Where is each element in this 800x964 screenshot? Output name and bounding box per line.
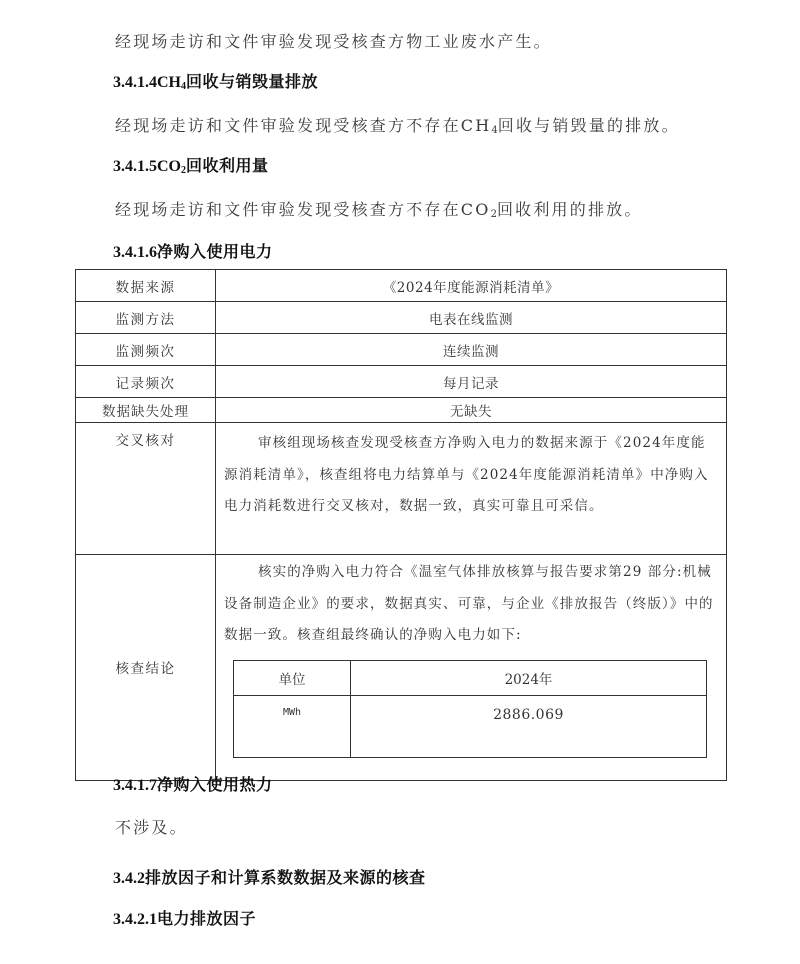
row-label: 核查结论 xyxy=(76,555,216,781)
row-label: 监测方法 xyxy=(76,302,216,334)
heading-text: 回收与销毁量排放 xyxy=(186,72,318,91)
table-row: 数据缺失处理 无缺失 xyxy=(76,398,727,423)
row-label: 数据来源 xyxy=(76,270,216,302)
heading-3-4-1-5: 3.4.1.5CO2回收利用量 xyxy=(113,156,269,181)
heading-number: 3.4.1.5CO xyxy=(113,158,181,175)
paragraph-ch4: 经现场走访和文件审验发现受核查方不存在CH4回收与销毁量的排放。 xyxy=(115,116,680,141)
paragraph-wastewater: 经现场走访和文件审验发现受核查方物工业废水产生。 xyxy=(115,32,552,52)
row-value: 连续监测 xyxy=(216,334,727,366)
text: 回收与销毁量的排放。 xyxy=(498,116,680,135)
unit-value: MWh xyxy=(234,695,351,757)
table-row: 监测频次 连续监测 xyxy=(76,334,727,366)
row-value: 每月记录 xyxy=(216,366,727,398)
heading-number: 3.4.1.6 xyxy=(113,244,157,261)
table-row-conclusion: 核查结论 核实的净购入电力符合《温室气体排放核算与报告要求第29 部分:机械设备… xyxy=(76,555,727,781)
paragraph-not-applicable: 不涉及。 xyxy=(115,818,188,838)
cross-check-text: 审核组现场核查发现受核查方净购入电力的数据来源于《2024年度能源消耗清单》，核… xyxy=(224,435,709,514)
heading-text: 排放因子和计算系数数据及来源的核查 xyxy=(145,868,426,887)
table-row: 记录频次 每月记录 xyxy=(76,366,727,398)
row-label: 记录频次 xyxy=(76,366,216,398)
inner-value-row: MWh 2886.069 xyxy=(234,695,707,757)
row-label: 数据缺失处理 xyxy=(76,398,216,423)
electricity-value: 2886.069 xyxy=(351,695,707,757)
row-label: 监测频次 xyxy=(76,334,216,366)
inner-header-row: 单位 2024年 xyxy=(234,660,707,695)
heading-3-4-2-1: 3.4.2.1电力排放因子 xyxy=(113,909,256,930)
heading-3-4-1-4: 3.4.1.4CH4回收与销毁量排放 xyxy=(113,72,318,97)
text: 经现场走访和文件审验发现受核查方不存在CO xyxy=(115,200,491,219)
electricity-data-table: 数据来源 《2024年度能源消耗清单》 监测方法 电表在线监测 监测频次 连续监… xyxy=(75,269,727,781)
text: 经现场走访和文件审验发现受核查方不存在CH xyxy=(115,116,491,135)
text: 回收利用的排放。 xyxy=(497,200,643,219)
row-value: 无缺失 xyxy=(216,398,727,423)
row-label: 交叉核对 xyxy=(76,423,216,555)
heading-text: 净购入使用电力 xyxy=(157,242,273,261)
heading-number: 3.4.2.1 xyxy=(113,911,157,928)
heading-text: 电力排放因子 xyxy=(157,909,256,928)
table-row: 数据来源 《2024年度能源消耗清单》 xyxy=(76,270,727,302)
year-header: 2024年 xyxy=(351,660,707,695)
heading-3-4-2: 3.4.2排放因子和计算系数数据及来源的核查 xyxy=(113,868,426,889)
heading-text: 净购入使用热力 xyxy=(157,775,273,794)
heading-3-4-1-6: 3.4.1.6净购入使用电力 xyxy=(113,242,273,263)
table-row-cross-check: 交叉核对 审核组现场核查发现受核查方净购入电力的数据来源于《2024年度能源消耗… xyxy=(76,423,727,555)
heading-number: 3.4.1.4CH xyxy=(113,74,181,91)
unit-header: 单位 xyxy=(234,660,351,695)
heading-3-4-1-7: 3.4.1.7净购入使用热力 xyxy=(113,775,273,796)
row-value: 核实的净购入电力符合《温室气体排放核算与报告要求第29 部分:机械设备制造企业》… xyxy=(216,555,727,781)
paragraph-co2: 经现场走访和文件审验发现受核查方不存在CO2回收利用的排放。 xyxy=(115,200,643,225)
heading-text: 回收利用量 xyxy=(186,156,269,175)
row-value: 《2024年度能源消耗清单》 xyxy=(216,270,727,302)
heading-number: 3.4.2 xyxy=(113,870,145,887)
heading-number: 3.4.1.7 xyxy=(113,777,157,794)
table-row: 监测方法 电表在线监测 xyxy=(76,302,727,334)
conclusion-text: 核实的净购入电力符合《温室气体排放核算与报告要求第29 部分:机械设备制造企业》… xyxy=(224,564,714,643)
net-electricity-table: 单位 2024年 MWh 2886.069 xyxy=(233,660,707,758)
row-value: 审核组现场核查发现受核查方净购入电力的数据来源于《2024年度能源消耗清单》，核… xyxy=(216,423,727,555)
row-value: 电表在线监测 xyxy=(216,302,727,334)
